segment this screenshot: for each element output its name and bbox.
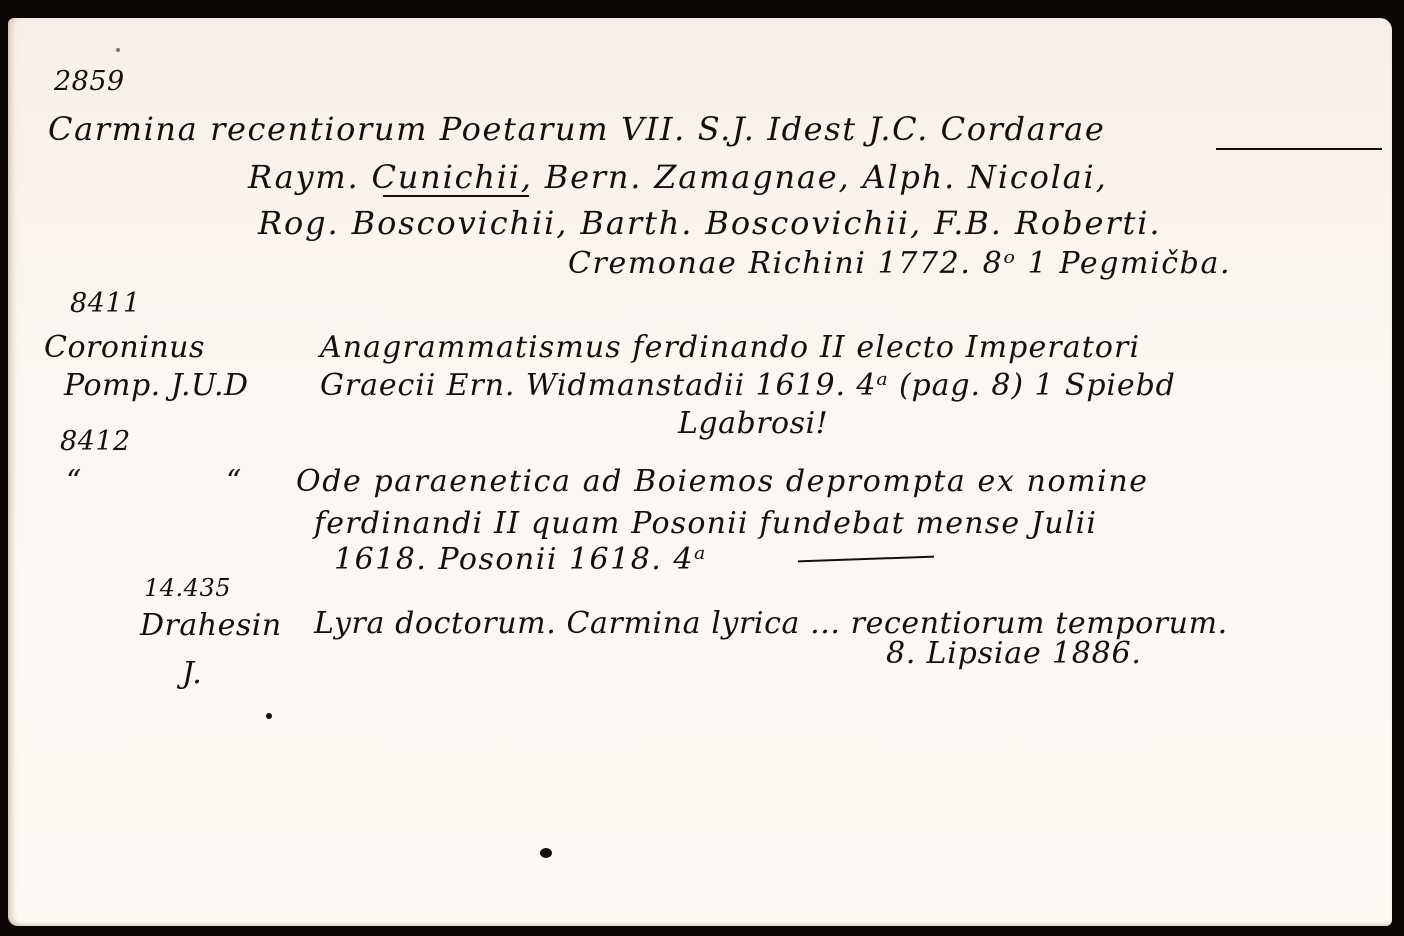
entry-2-line-2: Graecii Ern. Widmanstadii 1619. 4ᵃ (pag.… [320,368,1176,403]
entry-1-number: 2859 [54,66,125,97]
entry-1-line-3: Rog. Boscovichii, Barth. Boscovichii, F.… [258,204,1161,242]
entry-3-line-1: Ode paraenetica ad Boiemos deprompta ex … [296,464,1149,499]
entry-3-line-2: ferdinandi II quam Posonii fundebat mens… [314,506,1097,541]
ink-speck-small [266,713,272,719]
entry-3-trailing-rule [798,556,934,563]
ink-speck-tiny [116,48,120,52]
entry-2-line-1: Anagrammatismus ferdinando II electo Imp… [320,330,1140,365]
entry-3-ditto-1: “ [66,464,82,499]
underline-cordarae [1216,148,1382,150]
entry-3-number: 8412 [60,426,131,457]
entry-4-number: 14.435 [144,574,231,602]
entry-3-line-3: 1618. Posonii 1618. 4ᵃ [334,542,707,577]
entry-1-line-2: Raym. Cunichii, Bern. Zamagnae, Alph. Ni… [248,158,1108,196]
entry-2-line-3: Lgabrosi! [678,406,828,441]
entry-1-line-4: Cremonae Richini 1772. 8ᵒ 1 Pegmičba. [568,246,1231,281]
entry-2-number: 8411 [70,288,141,319]
entry-3-ditto-2: “ [226,464,242,499]
catalog-card: 2859 Carmina recentiorum Poetarum VII. S… [8,18,1392,926]
entry-2-author-line-2: Pomp. J.U.D [64,368,249,403]
entry-4-line-2: 8. Lipsiae 1886. [886,636,1142,671]
entry-4-author-line-2: J. [182,656,202,691]
entry-4-author: Drahesin [140,608,282,643]
ink-speck [540,848,552,858]
entry-1-line-1: Carmina recentiorum Poetarum VII. S.J. I… [48,110,1105,148]
entry-2-author: Coroninus [44,330,205,365]
underline-cunichii [383,195,529,197]
